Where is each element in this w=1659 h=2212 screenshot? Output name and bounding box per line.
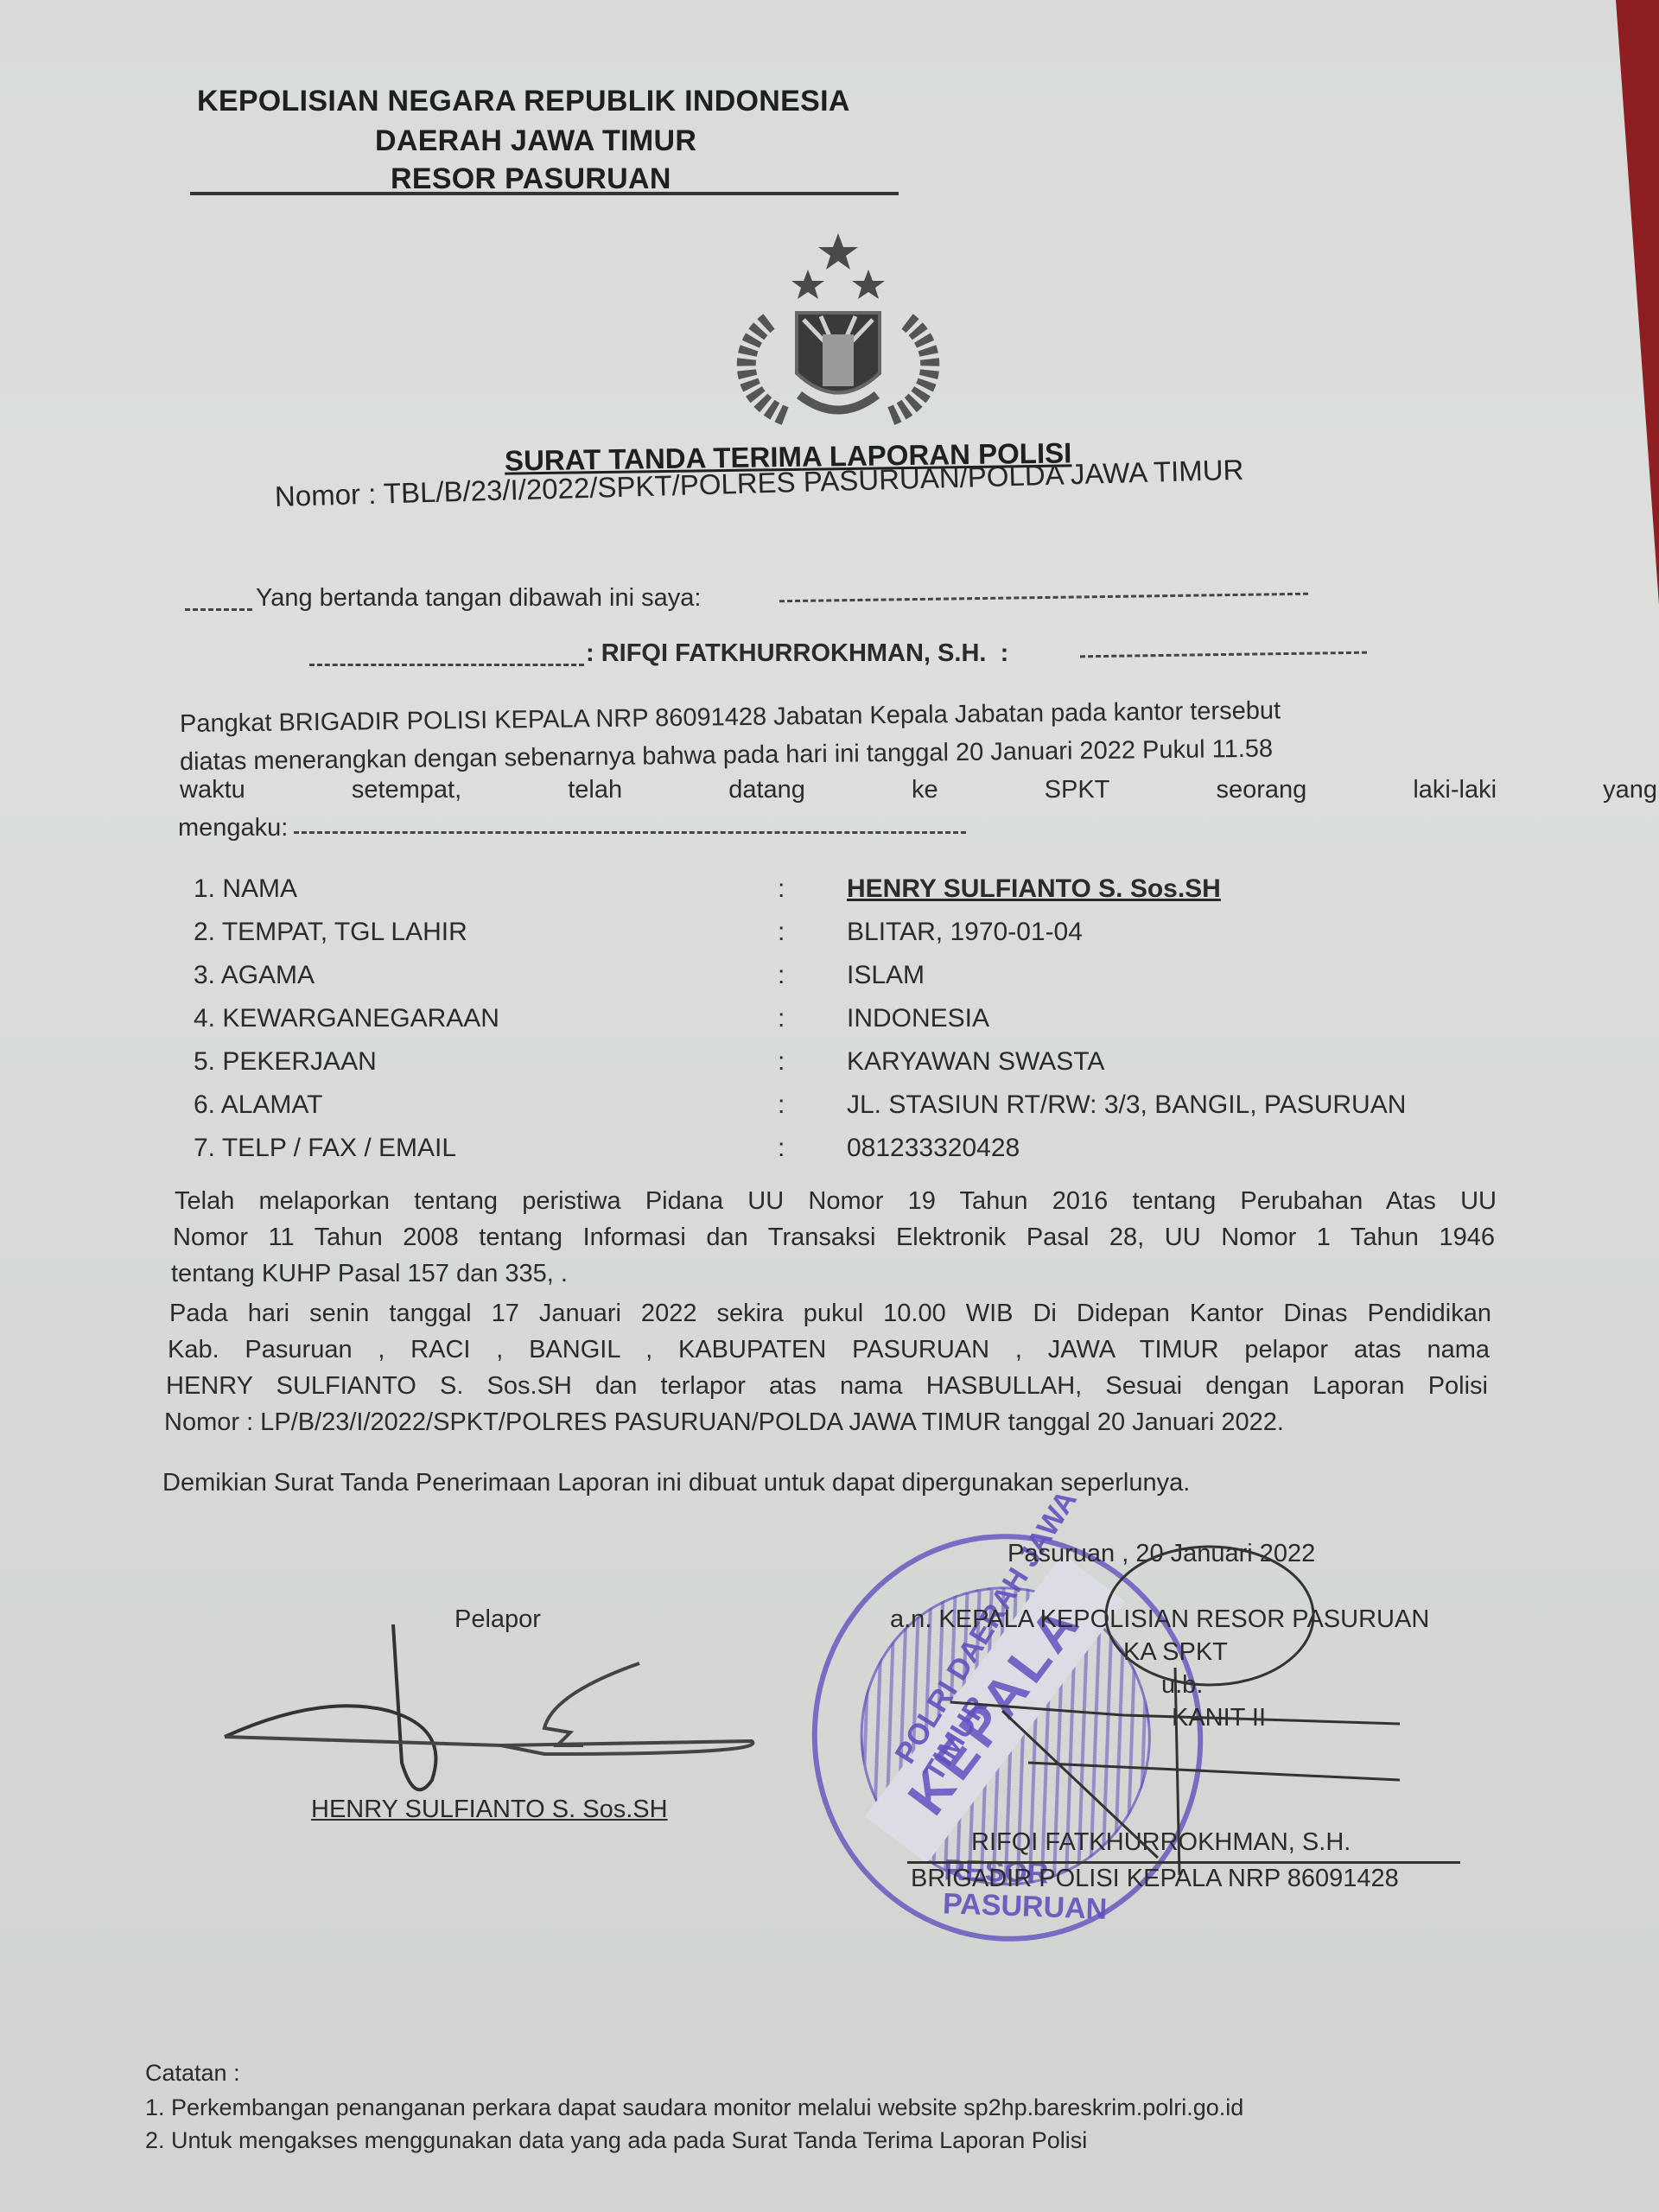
intro-word: SPKT [1045, 776, 1110, 804]
intro-word: seorang [1216, 776, 1306, 804]
identity-value: ISLAM [847, 961, 925, 990]
signer-name-text: RIFQI FATKHURROKHMAN, S.H. [601, 639, 987, 667]
header-line-1: KEPOLISIAN NEGARA REPUBLIK INDONESIA [197, 85, 850, 118]
identity-label: 3. AGAMA [194, 961, 315, 990]
note-item: 2. Untuk mengakses menggunakan data yang… [145, 2127, 1087, 2154]
identity-value: 081233320428 [847, 1134, 1020, 1163]
intro-word: waktu [180, 776, 245, 804]
identity-label: 6. ALAMAT [194, 1090, 323, 1120]
left-signer-name: HENRY SULFIANTO S. Sos.SH [311, 1796, 668, 1824]
identity-label: 2. TEMPAT, TGL LAHIR [194, 918, 467, 947]
intro-line-4: mengaku: [178, 814, 288, 842]
identity-colon: : [778, 1090, 785, 1120]
signer-prefix: Yang bertanda tangan dibawah ini saya: [256, 584, 701, 613]
report-line: HENRY SULFIANTO S. Sos.SH dan terlapor a… [166, 1372, 1488, 1401]
report-line: Nomor : LP/B/23/I/2022/SPKT/POLRES PASUR… [164, 1408, 1486, 1437]
dash-line [309, 664, 584, 666]
note-item: 1. Perkembangan penanganan perkara dapat… [145, 2094, 1243, 2121]
closing-statement: Demikian Surat Tanda Penerimaan Laporan … [162, 1469, 1190, 1497]
report-line: Kab. Pasuruan , RACI , BANGIL , KABUPATE… [168, 1336, 1490, 1364]
identity-colon: : [778, 1004, 785, 1033]
signer-name: : RIFQI FATKHURROKHMAN, S.H. : [586, 639, 1008, 668]
identity-value: JL. STASIUN RT/RW: 3/3, BANGIL, PASURUAN [847, 1090, 1406, 1120]
header-line-2: DAERAH JAWA TIMUR [375, 124, 696, 158]
report-line: Pada hari senin tanggal 17 Januari 2022 … [169, 1300, 1491, 1328]
intro-line-3: waktusetempat,telahdatangkeSPKTseorangla… [180, 776, 1657, 804]
identity-colon: : [778, 1047, 785, 1077]
intro-word: ke [912, 776, 938, 804]
intro-word: laki-laki [1413, 776, 1497, 804]
dash-line [294, 831, 966, 834]
identity-label: 5. PEKERJAAN [194, 1047, 377, 1077]
identity-value: HENRY SULFIANTO S. Sos.SH [847, 874, 1221, 904]
intro-word: telah [568, 776, 622, 804]
dash-line [185, 608, 252, 611]
intro-word: yang [1603, 776, 1657, 804]
identity-label: 4. KEWARGANEGARAAN [194, 1004, 499, 1033]
identity-value: BLITAR, 1970-01-04 [847, 918, 1083, 947]
identity-value: INDONESIA [847, 1004, 989, 1033]
polri-emblem-icon [717, 226, 959, 434]
notes-title: Catatan : [145, 2060, 240, 2087]
identity-colon: : [778, 1134, 785, 1163]
report-line: Nomor 11 Tahun 2008 tentang Informasi da… [173, 1224, 1495, 1252]
right-handwritten-signature [950, 1529, 1434, 1892]
identity-colon: : [778, 874, 785, 904]
report-line: Telah melaporkan tentang peristiwa Pidan… [175, 1187, 1497, 1216]
intro-word: setempat, [352, 776, 461, 804]
left-handwritten-signature [216, 1624, 778, 1797]
report-line: tentang KUHP Pasal 157 dan 335, . [171, 1260, 1493, 1288]
intro-word: datang [728, 776, 805, 804]
identity-colon: : [778, 961, 785, 990]
identity-colon: : [778, 918, 785, 947]
identity-label: 7. TELP / FAX / EMAIL [194, 1134, 456, 1163]
identity-label: 1. NAMA [194, 874, 297, 904]
identity-value: KARYAWAN SWASTA [847, 1047, 1104, 1077]
header-divider [190, 192, 899, 195]
